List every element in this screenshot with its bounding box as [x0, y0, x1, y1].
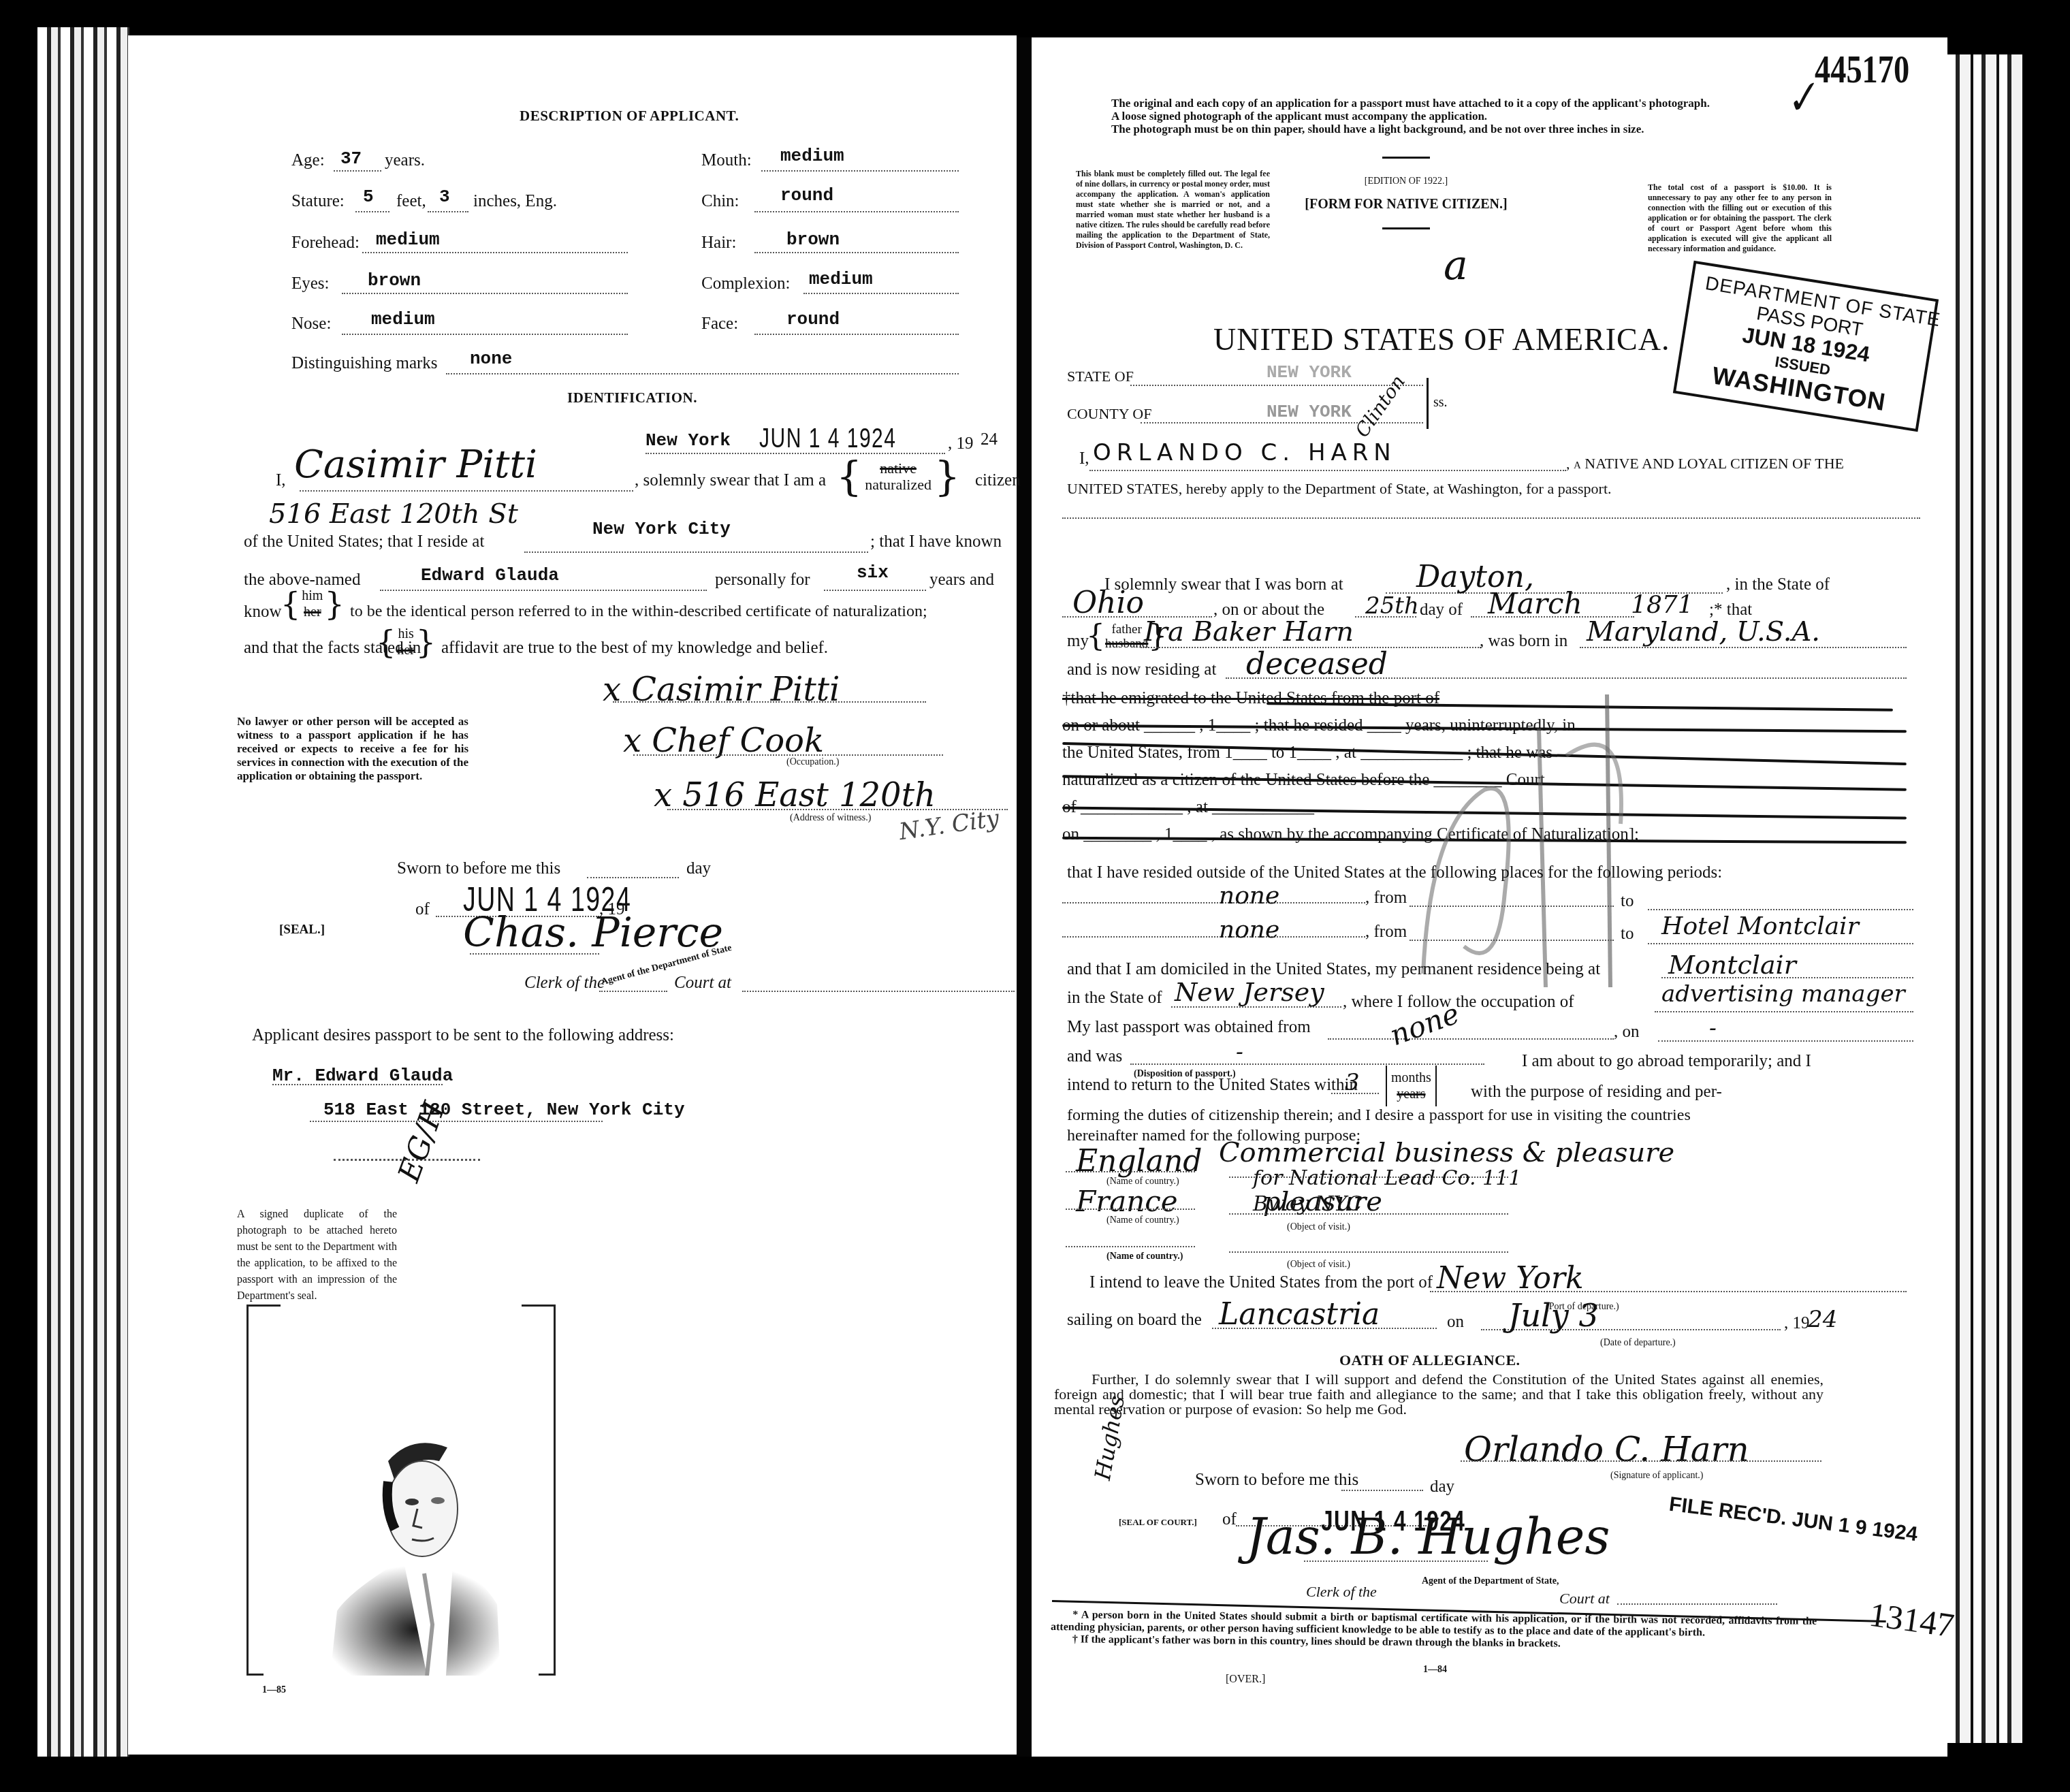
last-passport-date: - [1709, 1014, 1717, 1040]
citizen-option-naturalized: naturalized [865, 477, 931, 493]
father-birthplace: Maryland, U.S.A. [1587, 616, 1820, 647]
country-1: England [1076, 1144, 1202, 1179]
birth-state: Ohio [1072, 586, 1144, 620]
oath-title: OATH OF ALLEGIANCE. [1339, 1351, 1520, 1369]
identification-year: 24 [981, 430, 998, 449]
apply-text: UNITED STATES, hereby apply to the Depar… [1067, 480, 1612, 498]
face-value: round [786, 309, 840, 330]
country-caption-2: (Name of country.) [1106, 1215, 1179, 1226]
father-residence: deceased [1246, 647, 1388, 682]
right-sworn-of: of [1222, 1510, 1237, 1529]
sailing-text: sailing on board the [1067, 1311, 1202, 1330]
state-label: STATE OF [1067, 368, 1134, 385]
citizen-word: citizen [975, 471, 1021, 490]
seal-label: [SEAL.] [279, 923, 325, 938]
date-caption: (Date of departure.) [1600, 1338, 1676, 1349]
return-text: intend to return to the United States wi… [1067, 1076, 1358, 1095]
form-heading: [EDITION OF 1922.] [FORM FOR NATIVE CITI… [1229, 157, 1583, 229]
known-text: ; that I have known [870, 532, 1002, 551]
applicant-name: ORLANDO C. HARN [1093, 439, 1397, 466]
photo-req-line-1: The original and each copy of an applica… [1111, 97, 1833, 110]
age-label: Age: [291, 151, 325, 170]
months-years-bracket: monthsyears [1386, 1066, 1437, 1106]
country-2: France [1076, 1185, 1178, 1218]
purpose-text: with the purpose of residing and per- [1471, 1083, 1722, 1102]
age-unit: years. [385, 151, 425, 170]
departure-year-prefix: , 19 [1784, 1314, 1810, 1333]
husband-option: husband [1105, 637, 1148, 651]
book-gutter [1017, 37, 1032, 1757]
sworn-of-label: of [415, 900, 430, 919]
nose-label: Nose: [291, 315, 331, 334]
day-of-label: day of [1420, 601, 1463, 620]
state-of-label: , in the State of [1726, 575, 1830, 594]
photo-req-line-2: A loose signed photograph of the applica… [1111, 110, 1833, 123]
sworn-text: Sworn to before me this [397, 859, 560, 878]
ship-on-label: on [1447, 1313, 1464, 1332]
applicant-i-label: I, [1079, 449, 1089, 468]
leave-text: I intend to leave the United States from… [1089, 1273, 1433, 1292]
on-label: , on [1614, 1023, 1640, 1042]
forehead-value: medium [376, 229, 440, 250]
object-note: for National Lead Co. 111 Bway NYC [1253, 1166, 1539, 1217]
right-agent-stamp: Agent of the Department of State, [1422, 1576, 1559, 1587]
to-label-1: to [1621, 892, 1634, 911]
witness-name-handwritten: Casimir Pitti [294, 443, 537, 487]
country-caption-3: (Name of country.) [1106, 1251, 1183, 1262]
court-label: Court at [674, 974, 731, 993]
photo-req-line-3: The photograph must be on thin paper, sh… [1111, 123, 1833, 135]
eyes-value: brown [368, 270, 421, 291]
clerk-signature: Chas. Pierce [463, 909, 723, 957]
photo-requirements: The original and each copy of an applica… [1111, 97, 1833, 135]
domiciled-text: and that I am domiciled in the United St… [1067, 960, 1600, 979]
stature-label: Stature: [291, 192, 345, 211]
identification-header: IDENTIFICATION. [567, 389, 697, 406]
know-pronoun-bracket: { himher } [281, 587, 345, 621]
country-title: UNITED STATES OF AMERICA. [1213, 321, 1670, 357]
know-label: know [244, 603, 282, 622]
outside-to-2: Hotel Montclair [1661, 912, 1859, 940]
months-option: months [1391, 1070, 1431, 1086]
years-known-value: six [857, 562, 889, 583]
stature-feet-value: 5 [363, 187, 374, 207]
complexion-value: medium [809, 269, 873, 289]
domicile-state-label: in the State of [1067, 989, 1162, 1008]
departure-date: July 3 [1508, 1297, 1599, 1334]
eyes-label: Eyes: [291, 274, 330, 293]
personally-for-label: personally for [715, 571, 810, 590]
seal-of-court-label: [SEAL OF COURT.] [1119, 1517, 1197, 1528]
footnotes: * A person born in the United States sho… [1051, 1609, 1817, 1652]
father-name: Ira Baker Harn [1144, 616, 1354, 647]
last-passport-label: My last passport was obtained from [1067, 1018, 1311, 1037]
outside-place-1: none [1219, 882, 1279, 910]
object-1: Commercial business & pleasure [1219, 1137, 1674, 1168]
occupation-caption: (Occupation.) [786, 757, 839, 768]
file-number: 445170 [1815, 46, 1909, 92]
reside-value: New York City [592, 519, 731, 539]
book-page-edges-right [1947, 54, 2022, 1743]
identification-year-prefix: , 19 [948, 434, 974, 453]
port-of-departure: New York [1437, 1261, 1584, 1296]
photo-notice: A signed duplicate of the photograph to … [237, 1206, 397, 1305]
form-title: [FORM FOR NATIVE CITIZEN.] [1229, 197, 1583, 212]
county-value: NEW YORK [1267, 402, 1352, 422]
void-scrawl [1403, 688, 1675, 987]
object-caption-2: (Object of visit.) [1287, 1260, 1350, 1270]
father-option: father [1105, 622, 1148, 637]
stature-inches-value: 3 [439, 187, 450, 207]
edition-label: [EDITION OF 1922.] [1229, 176, 1583, 187]
disposition-value: - [1236, 1038, 1243, 1064]
departure-year: 24 [1808, 1306, 1837, 1333]
address-section-label: Applicant desires passport to be sent to… [252, 1026, 674, 1045]
and-was-label: and was [1067, 1047, 1122, 1066]
abroad-text: I am about to go abroad temporarily; and… [1522, 1052, 1811, 1071]
right-clerk-label: Clerk of the [1306, 1583, 1377, 1601]
scan-background-top [0, 0, 2070, 34]
witness-signature: x Casimir Pitti [603, 671, 840, 709]
right-clerk-signature: Jas. B. Hughes [1246, 1508, 1610, 1565]
identical-text: to be the identical person referred to i… [350, 603, 927, 621]
chin-label: Chin: [701, 192, 739, 211]
return-value: 3 [1345, 1069, 1360, 1096]
complexion-label: Complexion: [701, 274, 791, 293]
lawyer-notice: No lawyer or other person will be accept… [237, 715, 468, 783]
oath-text: Further, I do solemnly swear that I will… [1054, 1372, 1824, 1417]
age-value: 37 [340, 148, 362, 169]
facts-text-2: affidavit are true to the best of my kno… [441, 639, 828, 658]
residing-label: and is now residing at [1067, 660, 1216, 679]
over-label: [OVER.] [1226, 1674, 1265, 1686]
above-named-value: Edward Glauda [421, 565, 559, 586]
reside-text: of the United States; that I reside at [244, 532, 484, 551]
address-line-2: 518 East 120 Street, New York City [323, 1100, 685, 1120]
right-notice: The total cost of a passport is $10.00. … [1648, 182, 1832, 254]
right-sworn-day: day [1430, 1477, 1454, 1497]
inches-label: inches, Eng. [473, 192, 557, 211]
witness-address-handwritten: 516 East 120th St [269, 498, 518, 530]
address-line-1: Mr. Edward Glauda [272, 1066, 453, 1086]
native-citizen-text: , a NATIVE AND LOYAL CITIZEN OF THE [1566, 455, 1844, 473]
identification-place: New York [646, 430, 731, 451]
applicant-photo [249, 1305, 554, 1676]
applicant-signature: Orlando C. Harn [1464, 1430, 1749, 1469]
birth-month: March [1488, 587, 1582, 620]
right-form-code: 1—84 [1423, 1665, 1447, 1676]
clerk-label: Clerk of the [524, 974, 605, 993]
born-in-label: , was born in [1480, 632, 1567, 651]
feet-label: feet, [396, 192, 426, 211]
hair-value: brown [786, 229, 840, 250]
hair-label: Hair: [701, 234, 736, 253]
object-caption-1: (Object of visit.) [1287, 1222, 1350, 1233]
handwritten-letter: a [1444, 242, 1468, 289]
years-and-label: years and [929, 571, 994, 590]
photo-frame [246, 1305, 556, 1676]
ship-name: Lancastria [1219, 1297, 1380, 1332]
ss-label: ss. [1433, 395, 1448, 411]
face-label: Face: [701, 315, 738, 334]
swear-text: , solemnly swear that I am a [635, 471, 826, 490]
state-value: NEW YORK [1267, 362, 1352, 383]
pronoun-her-2: her [397, 642, 415, 658]
citizen-type-bracket: { nativenaturalized } [836, 460, 960, 494]
pronoun-his: his [397, 626, 415, 642]
domicile-value: Montclair [1668, 950, 1796, 980]
facts-pronoun-bracket: { hisher } [376, 625, 436, 659]
from-label-2: , from [1365, 923, 1407, 942]
pronoun-him: him [302, 588, 323, 604]
outside-text: that I have resided outside of the Unite… [1067, 863, 1722, 882]
outside-place-2: none [1219, 916, 1279, 944]
address-caption: (Address of witness.) [790, 813, 871, 824]
mouth-value: medium [780, 146, 844, 166]
signature-caption: (Signature of applicant.) [1610, 1471, 1703, 1482]
sworn-day-label: day [686, 859, 711, 878]
years-option: years [1391, 1086, 1431, 1102]
duties-text: forming the duties of citizenship therei… [1067, 1106, 1691, 1125]
domicile-state: New Jersey [1175, 977, 1324, 1007]
birth-day: 25th [1365, 592, 1419, 620]
chin-value: round [780, 185, 833, 206]
right-court-label: Court at [1559, 1590, 1610, 1607]
county-label: COUNTY OF [1067, 405, 1151, 423]
from-label-1: , from [1365, 889, 1407, 908]
nose-value: medium [371, 309, 435, 330]
marks-label: Distinguishing marks [291, 354, 438, 373]
forehead-label: Forehead: [291, 234, 360, 253]
description-header: DESCRIPTION OF APPLICANT. [520, 108, 739, 125]
left-form-code: 1—85 [262, 1685, 286, 1696]
to-label-2: to [1621, 925, 1634, 944]
birth-year: 1871 [1631, 591, 1693, 619]
occupation-label: , where I follow the occupation of [1343, 993, 1574, 1012]
occupation-value: advertising manager [1661, 980, 1905, 1008]
citizen-option-native: native [865, 460, 931, 477]
book-page-edges-left [37, 27, 129, 1757]
identification-date-stamp: JUN 1 4 1924 [759, 423, 896, 454]
right-sworn-text: Sworn to before me this [1195, 1471, 1358, 1490]
pronoun-her: her [302, 604, 323, 620]
mouth-label: Mouth: [701, 151, 752, 170]
i-label: I, [276, 471, 286, 490]
marks-value: none [470, 349, 512, 369]
